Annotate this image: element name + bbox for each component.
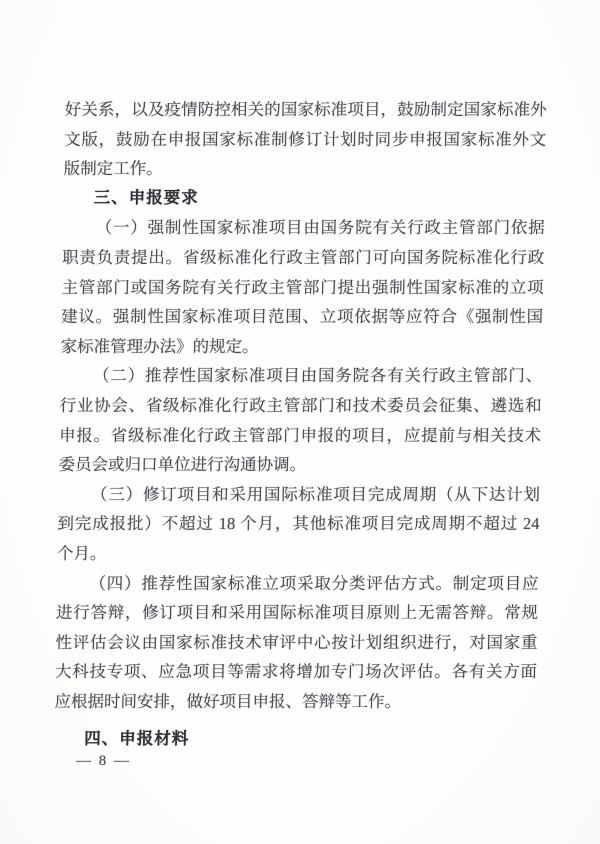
text-line: 文版，鼓励在申报国家标准制修订计划时同步申报国家标准外文 (64, 125, 547, 155)
scanned-document-page: 好关系，以及疫情防控相关的国家标准项目，鼓励制定国家标准外文版，鼓励在申报国家标… (0, 0, 600, 844)
text-line: 建议。强制性国家标准项目范围、立项依据等应符合《强制性国 (61, 302, 544, 332)
body-paragraph: （四）推荐性国家标准立项采取分类评估方式。制定项目应进行答辩，修订项目和采用国际… (54, 569, 539, 717)
body-paragraph: （一）强制性国家标准项目由国务院有关行政主管部门依据职责负责提出。省级标准化行政… (60, 213, 545, 361)
text-line: （三）修订项目和采用国际标准项目完成周期（从下达计划 (58, 480, 541, 510)
text-line: 个月。 (57, 539, 540, 569)
section-heading: 四、申报材料 (53, 725, 536, 755)
text-line: 到完成报批）不超过 18 个月，其他标准项目完成周期不超过 24 (57, 509, 540, 539)
text-line: 四、申报材料 (53, 725, 536, 755)
text-line: 申报。省级标准化行政主管部门申报的项目，应提前与相关技术 (59, 421, 542, 451)
document-body: 好关系，以及疫情防控相关的国家标准项目，鼓励制定国家标准外文版，鼓励在申报国家标… (53, 95, 547, 755)
text-line: （二）推荐性国家标准项目由国务院各有关行政主管部门、 (60, 361, 543, 391)
text-line: 行业协会、省级标准化行政主管部门和技术委员会征集、遴选和 (59, 391, 542, 421)
page-number: — 8 — (76, 752, 131, 770)
text-line: 委员会或归口单位进行沟通协调。 (58, 450, 541, 480)
body-paragraph: （三）修订项目和采用国际标准项目完成周期（从下达计划到完成报批）不超过 18 个… (57, 480, 541, 569)
text-line: 三、申报要求 (63, 184, 546, 214)
text-line: 主管部门或国务院有关行政主管部门提出强制性国家标准的立项 (61, 273, 544, 303)
text-line: 应根据时间安排，做好项目申报、答辩等工作。 (54, 687, 537, 717)
text-line: 好关系，以及疫情防控相关的国家标准项目，鼓励制定国家标准外 (64, 95, 547, 125)
text-line: 职责负责提出。省级标准化行政主管部门可向国务院标准化行政 (62, 243, 545, 273)
body-paragraph: （二）推荐性国家标准项目由国务院各有关行政主管部门、行业协会、省级标准化行政主管… (58, 361, 542, 479)
section-heading: 三、申报要求 (63, 184, 546, 214)
text-line: （一）强制性国家标准项目由国务院有关行政主管部门依据 (62, 213, 545, 243)
body-paragraph: 好关系，以及疫情防控相关的国家标准项目，鼓励制定国家标准外文版，鼓励在申报国家标… (63, 95, 547, 184)
text-line: （四）推荐性国家标准立项采取分类评估方式。制定项目应 (56, 569, 539, 599)
text-line: 家标准管理办法》的规定。 (60, 332, 543, 362)
text-line: 性评估会议由国家标准技术审评中心按计划组织进行，对国家重 (55, 628, 538, 658)
text-line: 进行答辩，修订项目和采用国际标准项目原则上无需答辩。常规 (56, 598, 539, 628)
text-line: 版制定工作。 (63, 154, 546, 184)
text-line: 大科技专项、应急项目等需求将增加专门场次评估。各有关方面 (55, 657, 538, 687)
